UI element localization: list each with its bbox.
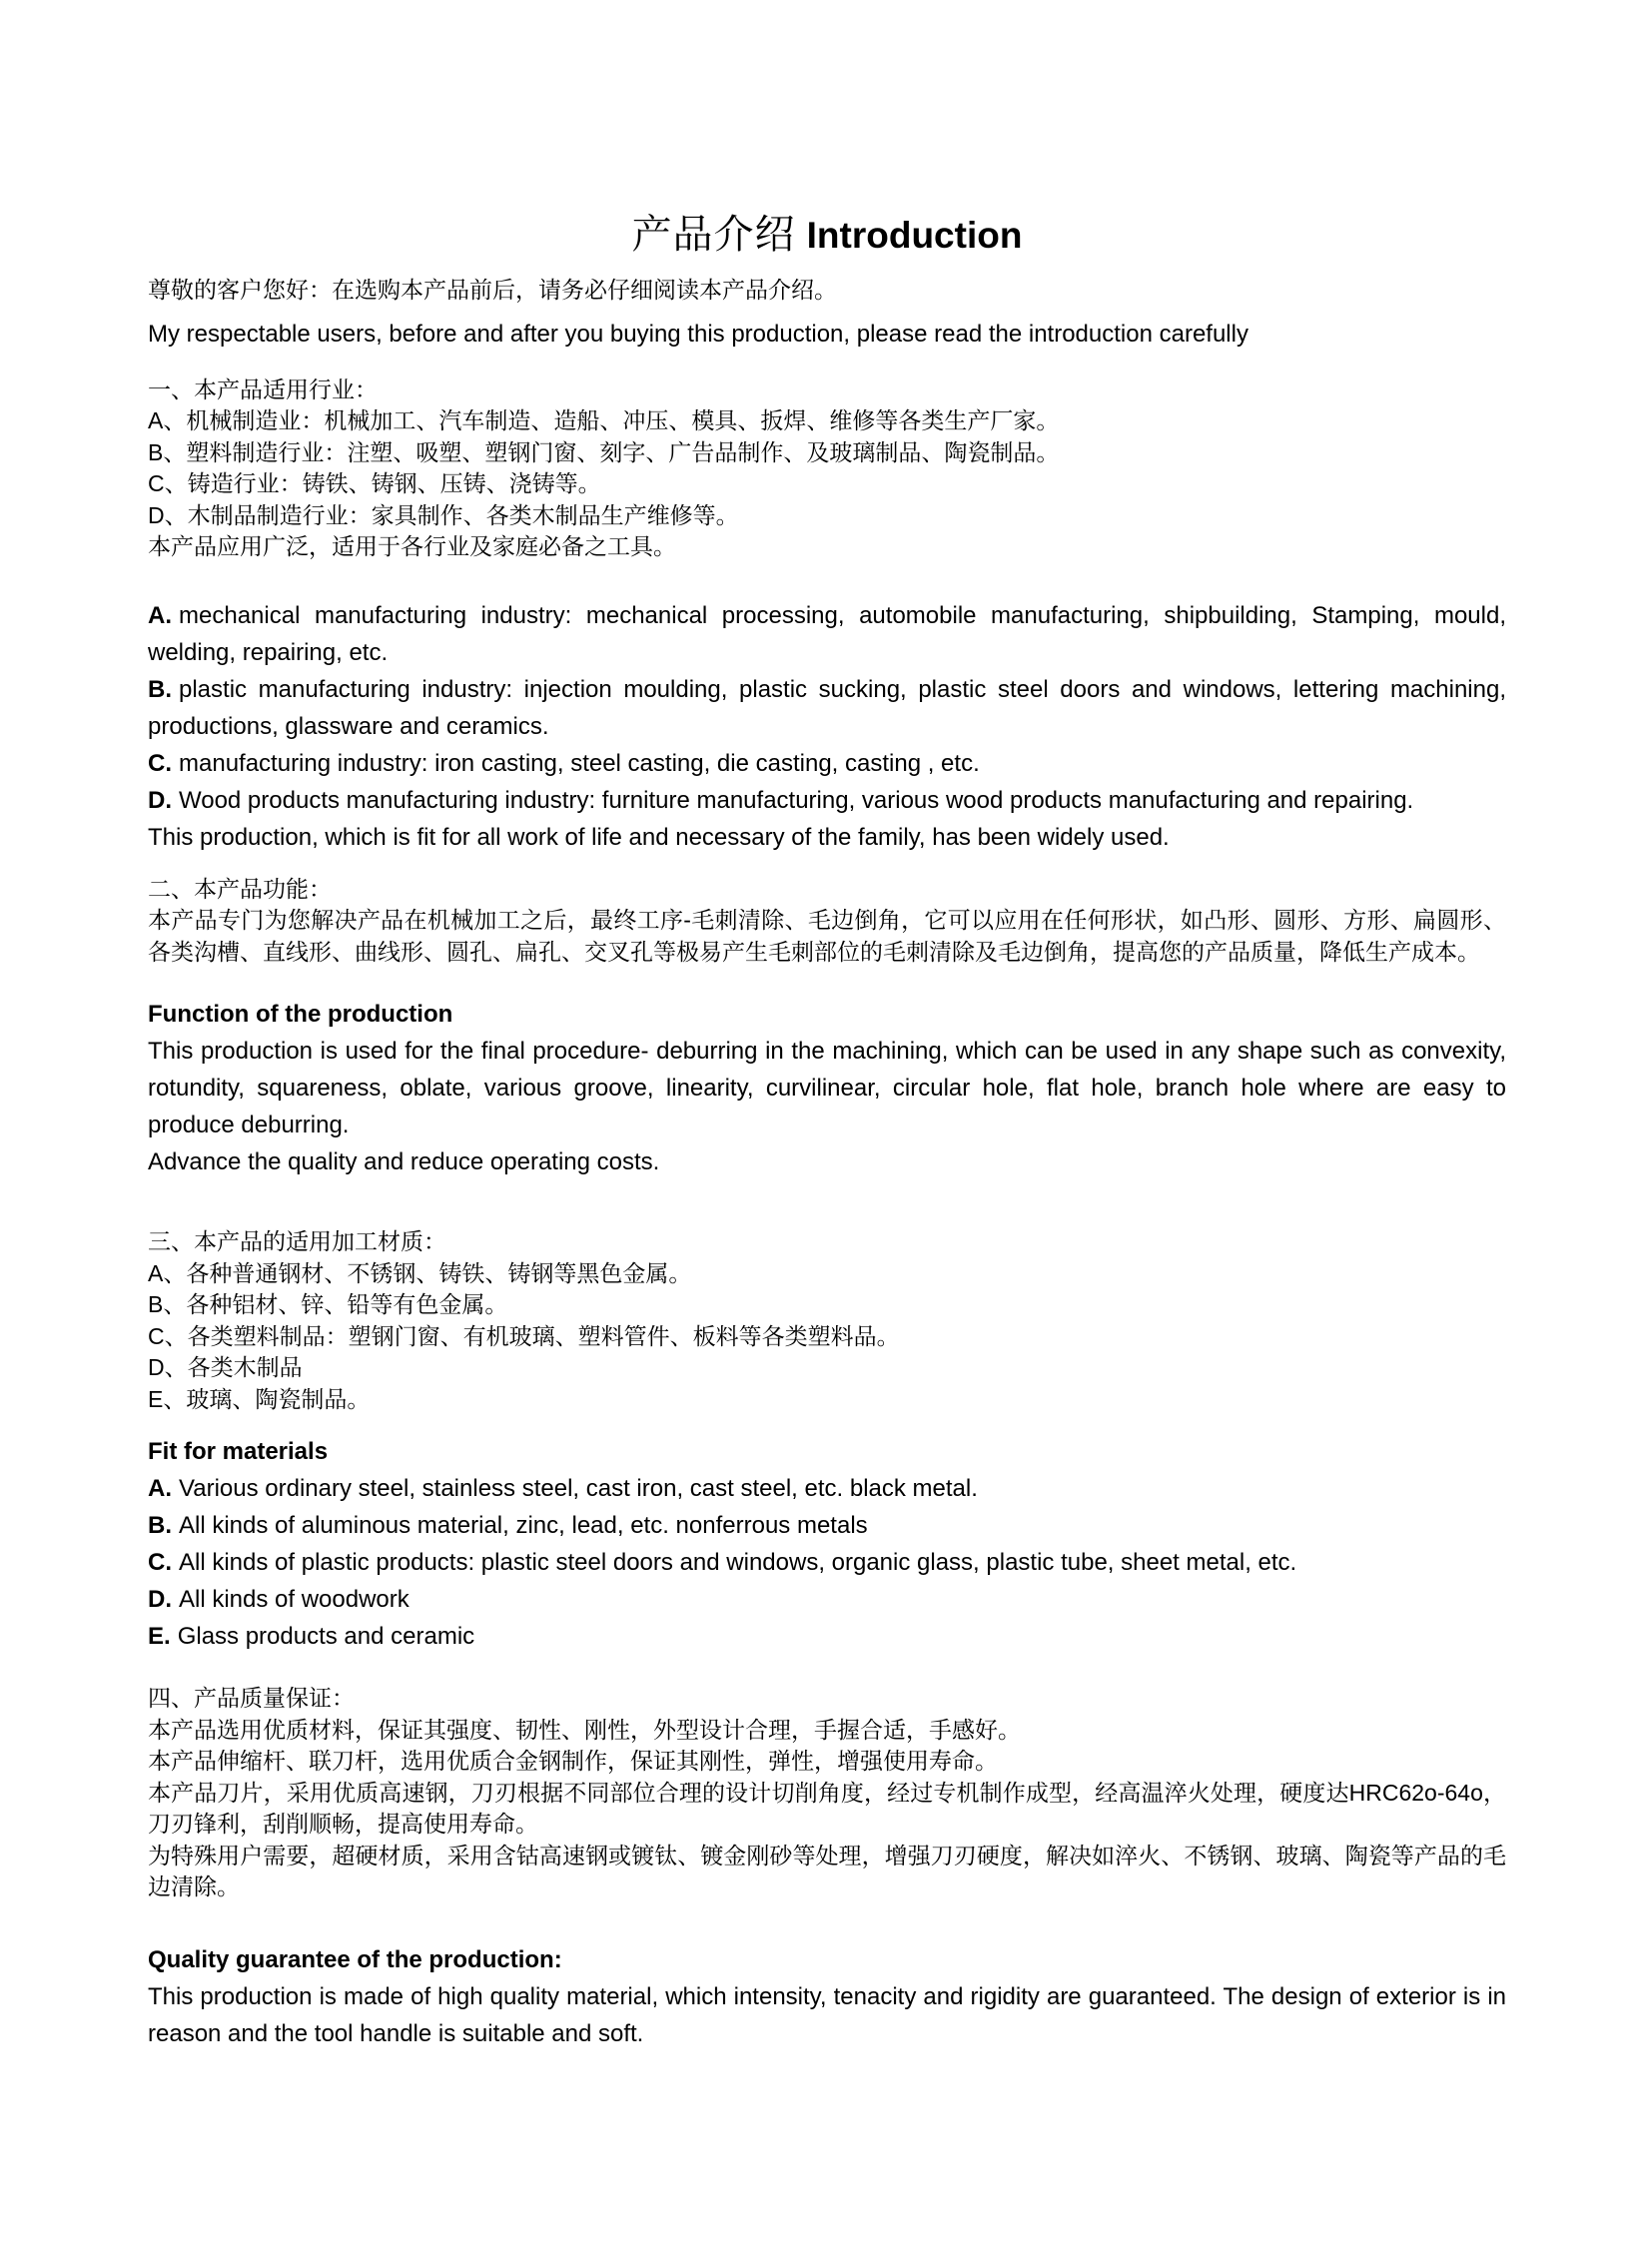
section-body: This production is made of high quality … <box>148 1978 1506 2052</box>
item-text: mechanical manufacturing industry: mecha… <box>148 602 1506 666</box>
list-item: E.Glass products and ceramic <box>148 1618 1506 1655</box>
list-item: B.plastic manufacturing industry: inject… <box>148 671 1506 745</box>
section-heading: 三、本产品的适用加工材质： <box>148 1226 1506 1258</box>
page-title-chinese: 产品介绍 <box>632 213 796 257</box>
item-text: manufacturing industry: iron casting, st… <box>179 750 980 777</box>
item-label: D. <box>148 787 179 814</box>
list-item: C、铸造行业：铸铁、铸钢、压铸、浇铸等。 <box>148 468 1506 500</box>
section-function-chinese: 二、本产品功能： 本产品专门为您解决产品在机械加工之后，最终工序-毛刺清除、毛边… <box>148 874 1506 969</box>
list-item: A.Various ordinary steel, stainless stee… <box>148 1470 1506 1507</box>
list-item: 本产品应用广泛，适用于各行业及家庭必备之工具。 <box>148 531 1506 563</box>
document-page: 产品介绍 Introduction 尊敬的客户您好：在选购本产品前后，请务必仔细… <box>0 0 1652 2242</box>
section-body: 本产品专门为您解决产品在机械加工之后，最终工序-毛刺清除、毛边倒角，它可以应用在… <box>148 905 1506 968</box>
greeting-english: My respectable users, before and after y… <box>148 316 1506 353</box>
section-materials-chinese: 三、本产品的适用加工材质： A、各种普通钢材、不锈钢、铸铁、铸钢等黑色金属。 B… <box>148 1226 1506 1415</box>
list-item: C.manufacturing industry: iron casting, … <box>148 745 1506 782</box>
section-quality-english: Quality guarantee of the production: Thi… <box>148 1941 1506 2052</box>
section-industries-chinese: 一、本产品适用行业： A、机械制造业：机械加工、汽车制造、造船、冲压、模具、扳焊… <box>148 374 1506 563</box>
list-item: A、各种普通钢材、不锈钢、铸铁、铸钢等黑色金属。 <box>148 1258 1506 1290</box>
list-item: D.All kinds of woodwork <box>148 1581 1506 1618</box>
greeting-chinese: 尊敬的客户您好：在选购本产品前后，请务必仔细阅读本产品介绍。 <box>148 275 1506 307</box>
section-function-english: Function of the production This producti… <box>148 996 1506 1180</box>
section-heading: Fit for materials <box>148 1433 1506 1470</box>
item-label: C. <box>148 750 179 777</box>
item-label: A. <box>148 602 179 629</box>
item-text: Wood products manufacturing industry: fu… <box>179 787 1413 814</box>
item-text: All kinds of aluminous material, zinc, l… <box>179 1512 868 1539</box>
list-item: D.Wood products manufacturing industry: … <box>148 782 1506 819</box>
section-industries-english: A.mechanical manufacturing industry: mec… <box>148 597 1506 856</box>
section-materials-english: Fit for materials A.Various ordinary ste… <box>148 1433 1506 1655</box>
list-item: C.All kinds of plastic products: plastic… <box>148 1544 1506 1581</box>
section-heading: Function of the production <box>148 996 1506 1033</box>
section-heading: 四、产品质量保证： <box>148 1683 1506 1715</box>
list-item: A.mechanical manufacturing industry: mec… <box>148 597 1506 671</box>
item-label: B. <box>148 676 179 703</box>
section-footer: Advance the quality and reduce operating… <box>148 1143 1506 1180</box>
item-label: C. <box>148 1549 179 1576</box>
section-footer: This production, which is fit for all wo… <box>148 819 1506 856</box>
list-item: B、各种铝材、锌、铅等有色金属。 <box>148 1289 1506 1321</box>
section-paragraph: 本产品伸缩杆、联刀杆，选用优质合金钢制作，保证其刚性，弹性，增强使用寿命。 <box>148 1746 1506 1778</box>
section-heading: 二、本产品功能： <box>148 874 1506 906</box>
section-quality-chinese: 四、产品质量保证： 本产品选用优质材料，保证其强度、韧性、刚性，外型设计合理，手… <box>148 1683 1506 1903</box>
section-heading: Quality guarantee of the production: <box>148 1941 1506 1978</box>
item-label: E. <box>148 1623 178 1650</box>
list-item: B.All kinds of aluminous material, zinc,… <box>148 1507 1506 1544</box>
list-item: E、玻璃、陶瓷制品。 <box>148 1384 1506 1416</box>
section-body: This production is used for the final pr… <box>148 1033 1506 1143</box>
item-text: Glass products and ceramic <box>178 1623 474 1650</box>
page-title-english: Introduction <box>807 215 1023 256</box>
list-item: D、木制品制造行业：家具制作、各类木制品生产维修等。 <box>148 500 1506 532</box>
list-item: B、塑料制造行业：注塑、吸塑、塑钢门窗、刻字、广告品制作、及玻璃制品、陶瓷制品。 <box>148 437 1506 469</box>
item-label: B. <box>148 1512 179 1539</box>
item-label: A. <box>148 1475 179 1502</box>
item-text: Various ordinary steel, stainless steel,… <box>179 1475 978 1502</box>
item-text: plastic manufacturing industry: injectio… <box>148 676 1506 740</box>
section-paragraph: 本产品刀片，采用优质高速钢，刀刃根据不同部位合理的设计切削角度，经过专机制作成型… <box>148 1778 1506 1841</box>
list-item: C、各类塑料制品：塑钢门窗、有机玻璃、塑料管件、板料等各类塑料品。 <box>148 1321 1506 1353</box>
item-text: All kinds of woodwork <box>179 1586 410 1613</box>
section-paragraph: 为特殊用户需要，超硬材质，采用含钴高速钢或镀钛、镀金刚砂等处理，增强刀刃硬度，解… <box>148 1841 1506 1903</box>
item-label: D. <box>148 1586 179 1613</box>
page-title: 产品介绍 Introduction <box>148 212 1506 259</box>
list-item: D、各类木制品 <box>148 1352 1506 1384</box>
section-paragraph: 本产品选用优质材料，保证其强度、韧性、刚性，外型设计合理，手握合适，手感好。 <box>148 1715 1506 1747</box>
list-item: A、机械制造业：机械加工、汽车制造、造船、冲压、模具、扳焊、维修等各类生产厂家。 <box>148 405 1506 437</box>
section-heading: 一、本产品适用行业： <box>148 374 1506 406</box>
item-text: All kinds of plastic products: plastic s… <box>179 1549 1296 1576</box>
